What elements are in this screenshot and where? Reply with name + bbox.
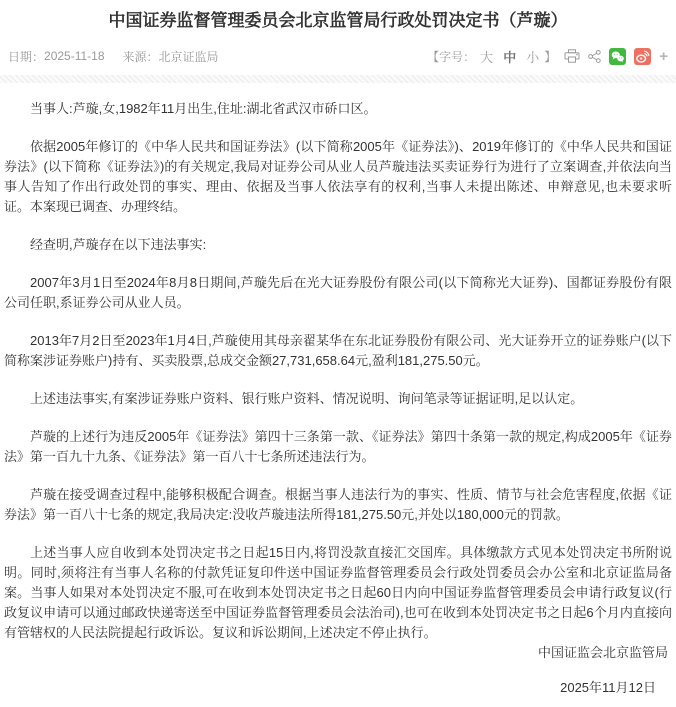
font-size-label-close: 】 [544, 48, 556, 65]
source-value: 北京证监局 [159, 48, 219, 65]
findings-intro-paragraph: 经查明,芦璇存在以下违法事实: [4, 235, 672, 255]
violation-paragraph: 芦璇的上述行为违反2005年《证券法》第四十三条第一款、《证券法》第四十条第一款… [4, 427, 672, 467]
date-value: 2025-11-18 [44, 49, 105, 63]
trading-fact-paragraph: 2013年7月2日至2023年1月4日,芦璇使用其母亲翟某华在东北证券股份有限公… [4, 331, 672, 371]
plus-icon[interactable]: + [659, 49, 668, 64]
hatched-divider [0, 75, 676, 83]
weibo-icon[interactable] [634, 48, 651, 65]
meta-info: 日期： 2025-11-18 来源： 北京证监局 [8, 48, 219, 65]
font-size-label: 【字号： [427, 48, 475, 65]
meta-row: 日期： 2025-11-18 来源： 北京证监局 【字号： 大 中 小 】 [0, 46, 676, 66]
font-size-medium-button[interactable]: 中 [503, 47, 516, 66]
penalty-decision-paragraph: 芦璇在接受调查过程中,能够积极配合调查。根据当事人违法行为的事实、性质、情节与社… [4, 485, 672, 525]
penalty-decision-page: 中国证券监督管理委员会北京监管局行政处罚决定书（芦璇） 日期： 2025-11-… [0, 0, 676, 707]
font-size-small-button[interactable]: 小 [526, 47, 539, 66]
date-label: 日期： [8, 48, 44, 65]
document-body: 当事人:芦璇,女,1982年11月出生,住址:湖北省武汉市硚口区。 依据2005… [0, 83, 676, 643]
share-icon[interactable] [588, 50, 601, 63]
evidence-paragraph: 上述违法事实,有案涉证券账户资料、银行账户资料、情况说明、询问笔录等证据证明,足… [4, 389, 672, 409]
legal-basis-paragraph: 依据2005年修订的《中华人民共和国证券法》(以下简称2005年《证券法》)、2… [4, 137, 672, 217]
party-info-paragraph: 当事人:芦璇,女,1982年11月出生,住址:湖北省武汉市硚口区。 [4, 99, 672, 119]
signature-date: 2025年11月12日 [0, 679, 676, 697]
employment-fact-paragraph: 2007年3月1日至2024年8月8日期间,芦璇先后在光大证券股份有限公司(以下… [4, 273, 672, 313]
wechat-icon[interactable] [609, 48, 626, 65]
page-title: 中国证券监督管理委员会北京监管局行政处罚决定书（芦璇） [0, 0, 676, 33]
source-label: 来源： [123, 48, 159, 65]
payment-appeal-paragraph: 上述当事人应自收到本处罚决定书之日起15日内,将罚没款直接汇交国库。具体缴款方式… [4, 543, 672, 643]
signature-org: 中国证监会北京监管局 [0, 644, 676, 662]
printer-icon[interactable] [564, 49, 580, 63]
page-toolbar: 【字号： 大 中 小 】 [427, 47, 668, 66]
signature-block: 中国证监会北京监管局 2025年11月12日 [0, 644, 676, 697]
font-size-large-button[interactable]: 大 [480, 47, 493, 66]
